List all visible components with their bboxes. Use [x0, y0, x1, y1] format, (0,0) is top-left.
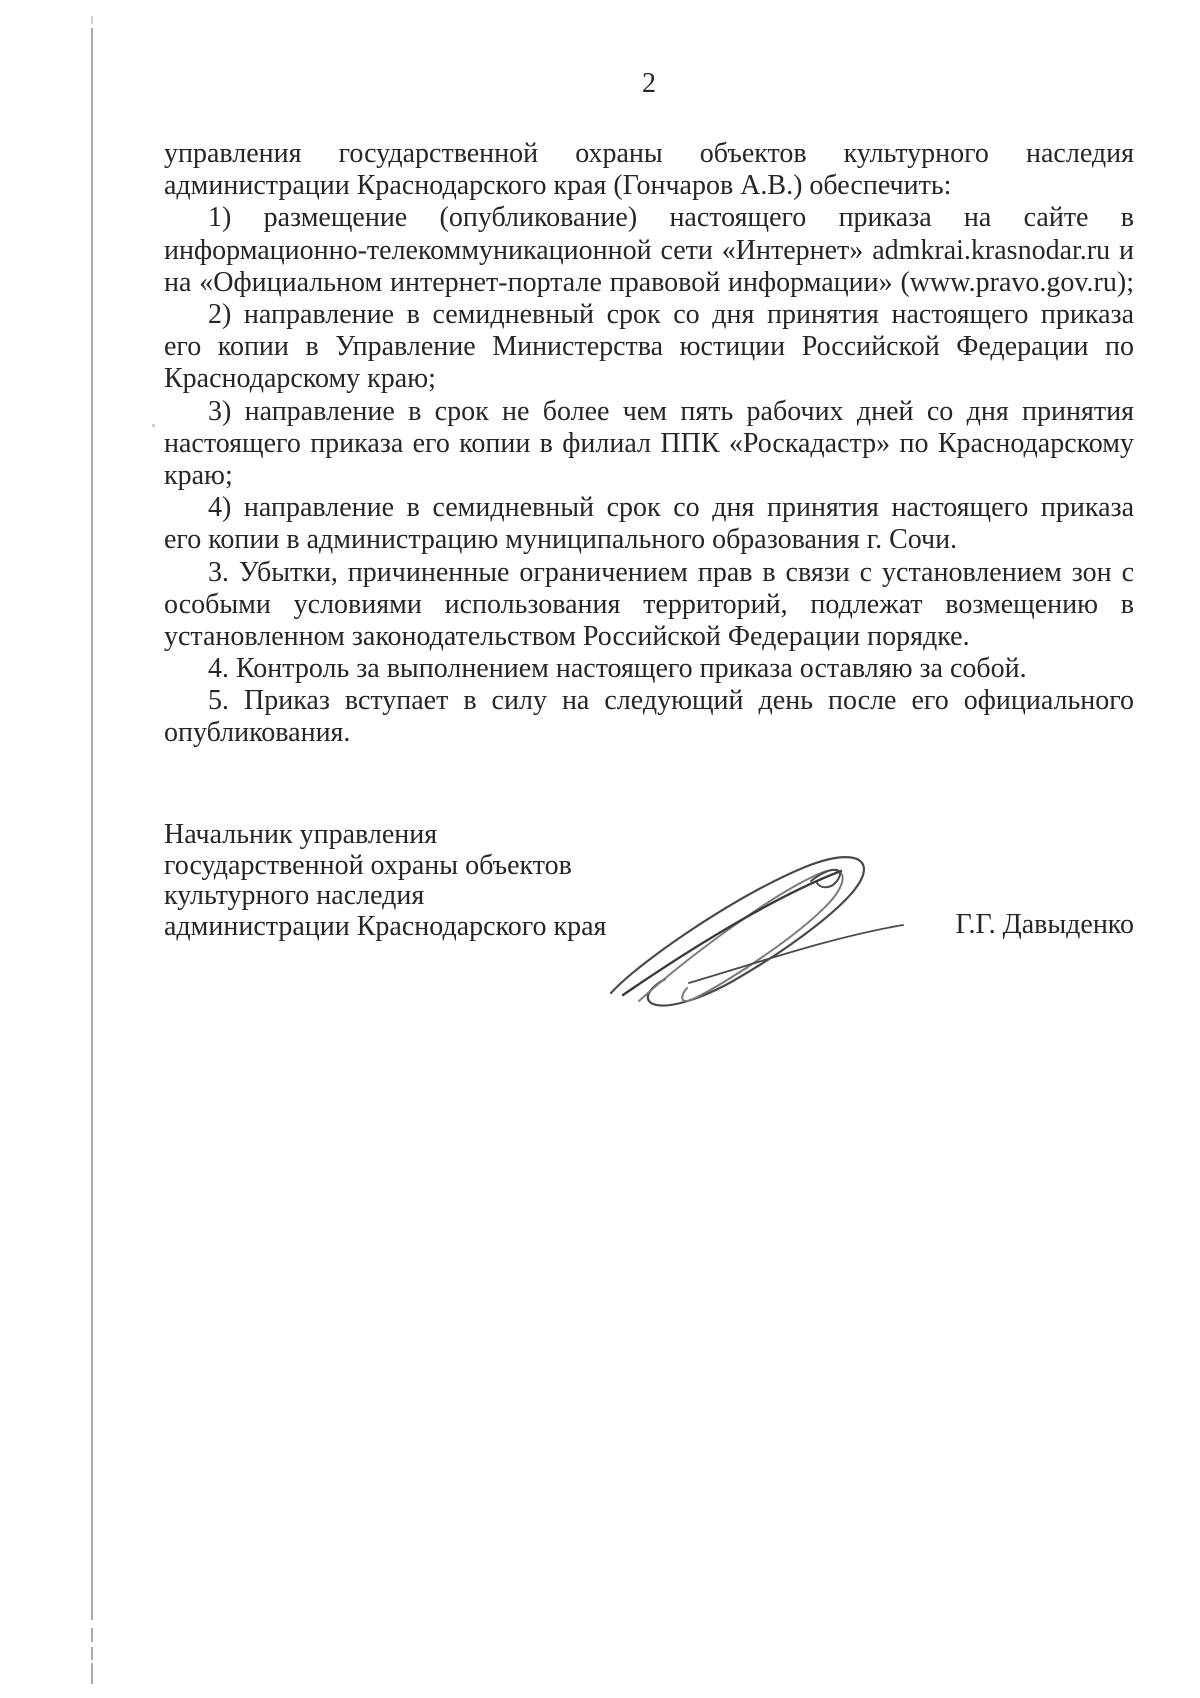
text-line: 5. Приказ вступает в силу на следующий д…: [164, 685, 1134, 717]
text-line: его копии в администрацию муниципального…: [164, 524, 1134, 556]
page-number: 2: [164, 68, 1134, 100]
text-line: опубликования.: [164, 717, 1134, 749]
text-line: информационно-телекоммуникационной сети …: [164, 235, 1134, 267]
text-line: на «Официальном интернет-портале правово…: [164, 267, 1134, 299]
signatory-title-line: администрации Краснодарского края: [164, 912, 606, 943]
text-line: 4) направление в семидневный срок со дня…: [164, 492, 1134, 524]
scan-edge-line-segment: [91, 1647, 93, 1660]
signatory-title-block: Начальник управлениягосударственной охра…: [164, 820, 606, 943]
text-line: администрации Краснодарского края (Гонча…: [164, 170, 1134, 202]
text-line: 4. Контроль за выполнением настоящего пр…: [164, 653, 1134, 685]
document-body: управления государственной охраны объект…: [164, 138, 1134, 750]
text-line: Краснодарскому краю;: [164, 363, 1134, 395]
text-line: настоящего приказа его копии в филиал ПП…: [164, 428, 1134, 460]
text-line: управления государственной охраны объект…: [164, 138, 1134, 170]
text-line: 2) направление в семидневный срок со дня…: [164, 299, 1134, 331]
scanned-document-page: 2 управления государственной охраны объе…: [0, 0, 1200, 1698]
text-line: 3. Убытки, причиненные ограничением прав…: [164, 557, 1134, 589]
text-line: 1) размещение (опубликование) настоящего…: [164, 202, 1134, 234]
signatory-title-line: культурного наследия: [164, 881, 606, 912]
text-line: особыми условиями использования территор…: [164, 589, 1134, 621]
scan-edge-line-segment: [91, 1663, 93, 1684]
scan-edge-line-segment: [91, 1628, 93, 1642]
text-line: установленном законодательством Российск…: [164, 621, 1134, 653]
text-line: краю;: [164, 460, 1134, 492]
scan-speck: [152, 424, 155, 427]
text-line: 3) направление в срок не более чем пять …: [164, 396, 1134, 428]
scan-edge-line-segment: [91, 16, 93, 24]
text-line: его копии в Управление Министерства юсти…: [164, 331, 1134, 363]
signatory-name: Г.Г. Давыденко: [634, 909, 1134, 941]
scan-edge-line-segment: [91, 28, 93, 1620]
signatory-title-line: Начальник управления: [164, 820, 606, 851]
signatory-title-line: государственной охраны объектов: [164, 851, 606, 882]
